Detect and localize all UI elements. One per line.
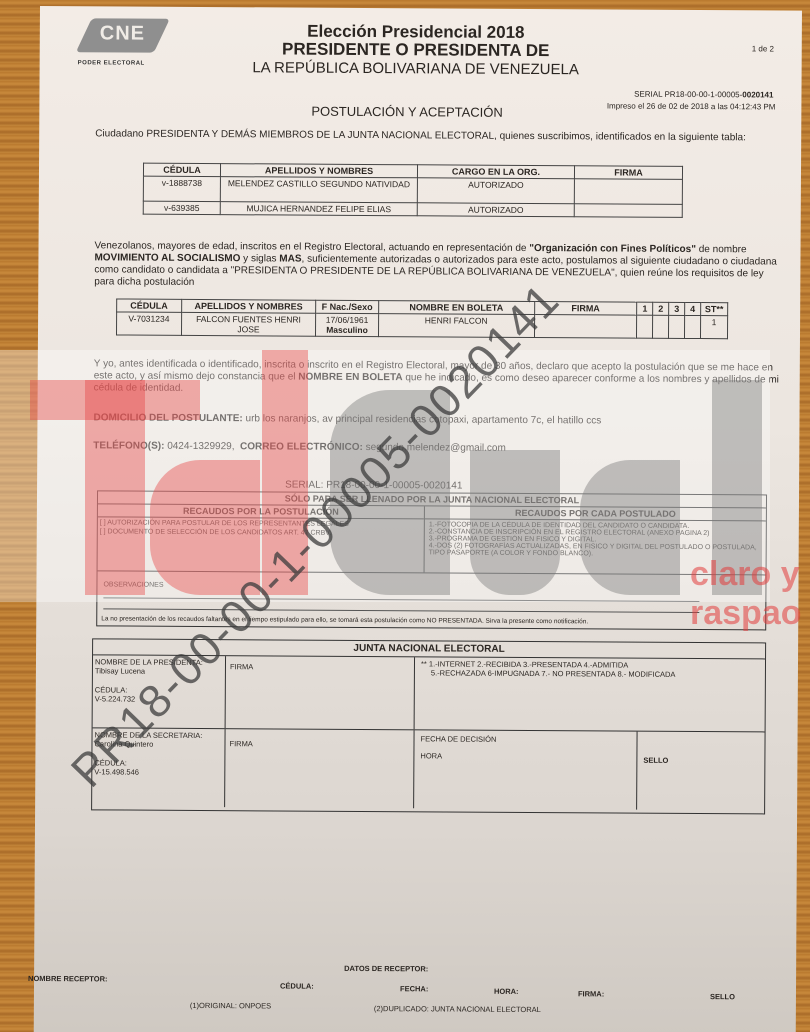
serial-suffix: 0020141 — [742, 90, 773, 99]
recaudos-box: SÓLO PARA SER LLENADO POR LA JUNTA NACIO… — [96, 490, 767, 630]
serial-prefix: SERIAL PR18-00-00-1-00005- — [634, 90, 742, 100]
cell-birth-sex: 17/06/1961Masculino — [316, 313, 379, 336]
observations-row: OBSERVACIONES — [97, 571, 765, 615]
header-status: ST** — [701, 303, 728, 316]
printed-timestamp: Impreso el 26 de 02 de 2018 a las 04:12:… — [509, 101, 775, 112]
serial-prefix: SERIAL: — [285, 480, 326, 491]
header-signature: FIRMA — [574, 166, 682, 180]
org-name: MOVIMIENTO AL SOCIALISMO — [94, 252, 240, 264]
text-span: de nombre — [696, 244, 747, 255]
cell-signature — [574, 179, 682, 205]
ballot-name-emphasis: NOMBRE EN BOLETA — [298, 372, 402, 384]
form-subtitle: POSTULACIÓN Y ACEPTACIÓN — [311, 104, 503, 120]
contact-line: TELÉFONO(S): 0424-1329929, CORREO ELECTR… — [93, 440, 783, 456]
receiver-hour-label: HORA: — [494, 987, 519, 996]
president-cell: NOMBRE DE LA PRESIDENTA: Tibisay Lucena … — [93, 655, 226, 728]
candidate-table: CÉDULA APELLIDOS Y NOMBRES F Nac./Sexo N… — [116, 298, 728, 339]
cell-cedula: V-7031234 — [116, 312, 181, 335]
header-names: APELLIDOS Y NOMBRES — [181, 299, 316, 313]
address-label: DOMICILIO DEL POSTULANTE: — [93, 412, 242, 424]
header-c1: 1 — [637, 302, 653, 315]
form-title-line3: LA REPÚBLICA BOLIVARIANA DE VENEZUELA — [40, 58, 792, 80]
table-row: V-7031234 FALCON FUENTES HENRI JOSE 17/0… — [116, 312, 727, 339]
sex: Masculino — [319, 325, 375, 335]
header-c4: 4 — [685, 302, 701, 315]
secretary-signature: FIRMA — [225, 729, 414, 808]
left-item[interactable]: [ ] DOCUMENTO DE SELECCIÓN DE LOS CANDID… — [98, 528, 424, 537]
header-cedula: CÉDULA — [143, 163, 220, 176]
header-role: CARGO EN LA ORG. — [417, 165, 574, 179]
cell-c1 — [637, 315, 653, 338]
serial-top: SERIAL PR18-00-00-1-00005-0020141 — [573, 89, 773, 99]
jne-signatures-box: JUNTA NACIONAL ELECTORAL NOMBRE DE LA PR… — [91, 638, 766, 814]
cell-cedula: v-639385 — [143, 201, 220, 214]
notice-text: La no presentación de los recaudos falta… — [101, 615, 588, 625]
receiver-signature-label: FIRMA: — [578, 989, 604, 998]
address-value: urb los naranjos, av principal residenci… — [245, 413, 601, 426]
header-c2: 2 — [653, 302, 669, 315]
header-names: APELLIDOS Y NOMBRES — [220, 164, 417, 178]
org-type: "Organización con Fines Políticos" — [529, 243, 696, 255]
page-indicator: 1 de 2 — [752, 44, 774, 53]
cell-cedula: v-1888738 — [143, 176, 220, 201]
header-signature: FIRMA — [534, 302, 637, 316]
cell-names: MELENDEZ CASTILLO SEGUNDO NATIVIDAD — [220, 177, 417, 203]
header-cedula: CÉDULA — [117, 299, 182, 312]
cell-names: MUJICA HERNANDEZ FELIPE ELIAS — [220, 202, 417, 216]
cell-c4 — [684, 315, 700, 338]
election-form-paper: CNE PODER ELECTORAL Elección Presidencia… — [34, 6, 802, 1032]
birth-date: 17/06/1961 — [319, 315, 375, 325]
status-legend: ** 1.-INTERNET 2.-RECIBIDA 3.-PRESENTADA… — [415, 657, 765, 731]
table-row: v-1888738 MELENDEZ CASTILLO SEGUNDO NATI… — [143, 176, 682, 204]
decision-cell: FECHA DE DECISIÓN HORA — [414, 730, 637, 809]
secretary-cedula: V-15.498.546 — [94, 767, 222, 777]
cell-signature — [534, 315, 637, 339]
observations-line[interactable] — [103, 608, 699, 613]
cell-signature — [574, 204, 682, 218]
recaudos-left: RECAUDOS POR LA POSTULACIÓN [ ] AUTORIZA… — [98, 504, 425, 572]
acceptance-text: Y yo, antes identificada o identificado,… — [94, 358, 784, 398]
jne-serial: SERIAL: PR18-00-00-1-00005-0020141 — [285, 480, 462, 492]
secretary-name: Carolina Quintero — [94, 739, 222, 749]
receiver-date-label: FECHA: — [400, 984, 428, 993]
copy-original: (1)ORIGINAL: ONPOES — [190, 1001, 271, 1010]
cell-c2 — [653, 315, 669, 338]
header-birth-sex: F Nac./Sexo — [316, 300, 379, 313]
cell-status: 1 — [700, 316, 727, 339]
status-legend-line2: 5.-RECHAZADA 6-IMPUGNADA 7.- NO PRESENTA… — [421, 668, 759, 679]
text-span: y siglas — [240, 253, 279, 264]
receiver-name-label: NOMBRE RECEPTOR: — [28, 974, 108, 983]
receiver-title: DATOS DE RECEPTOR: — [344, 964, 428, 974]
signers-table: CÉDULA APELLIDOS Y NOMBRES CARGO EN LA O… — [143, 163, 683, 218]
jne-row-president: NOMBRE DE LA PRESIDENTA: Tibisay Lucena … — [93, 655, 765, 732]
address-line: DOMICILIO DEL POSTULANTE: urb los naranj… — [93, 412, 783, 428]
president-name: Tibisay Lucena — [95, 666, 223, 676]
org-acronym: MAS — [279, 253, 301, 264]
serial-value: PR18-00-00-1-00005-0020141 — [326, 480, 462, 492]
header-ballot-name: NOMBRE EN BOLETA — [378, 301, 534, 315]
phone-value: 0424-1329929, — [167, 441, 234, 452]
recaudos-columns: RECAUDOS POR LA POSTULACIÓN [ ] AUTORIZA… — [98, 504, 766, 575]
receiver-seal-label: SELLO — [710, 992, 735, 1001]
cell-ballot-name: HENRI FALCON — [378, 314, 534, 338]
president-cedula: V-5.224.732 — [95, 694, 223, 704]
cell-c3 — [669, 315, 685, 338]
recaudos-right: RECAUDOS POR CADA POSTULADO 1.-FOTOCOPIA… — [425, 506, 766, 574]
representation-text: Venezolanos, mayores de edad, inscritos … — [94, 240, 784, 292]
cell-role: AUTORIZADO — [417, 203, 574, 217]
email-label: CORREO ELECTRÓNICO: — [240, 441, 363, 453]
observations-label: OBSERVACIONES — [103, 581, 163, 588]
jne-row-secretary: NOMBRE DE LA SECRETARIA: Carolina Quinte… — [92, 728, 764, 810]
hour-label: HORA — [420, 751, 630, 761]
president-signature: FIRMA — [226, 656, 415, 729]
email-value: segundo.melendez@gmail.com — [366, 442, 506, 454]
seal-label: SELLO — [637, 732, 764, 811]
secretary-cell: NOMBRE DE LA SECRETARIA: Carolina Quinte… — [92, 728, 225, 807]
receiver-cedula-label: CÉDULA: — [280, 981, 314, 990]
decision-date-label: FECHA DE DECISIÓN — [421, 734, 631, 744]
right-item: 4.-DOS (2) FOTOGRAFÍAS ACTUALIZADAS, EN … — [425, 542, 766, 558]
cell-role: AUTORIZADO — [417, 178, 574, 204]
observations-line[interactable] — [103, 597, 699, 602]
cell-names: FALCON FUENTES HENRI JOSE — [181, 312, 316, 336]
table-row: v-639385 MUJICA HERNANDEZ FELIPE ELIAS A… — [143, 201, 682, 217]
phone-label: TELÉFONO(S): — [93, 440, 164, 451]
copy-duplicate: (2)DUPLICADO: JUNTA NACIONAL ELECTORAL — [374, 1004, 541, 1014]
header-c3: 3 — [669, 302, 685, 315]
intro-text: Ciudadano PRESIDENTA Y DEMÁS MIEMBROS DE… — [95, 128, 775, 144]
